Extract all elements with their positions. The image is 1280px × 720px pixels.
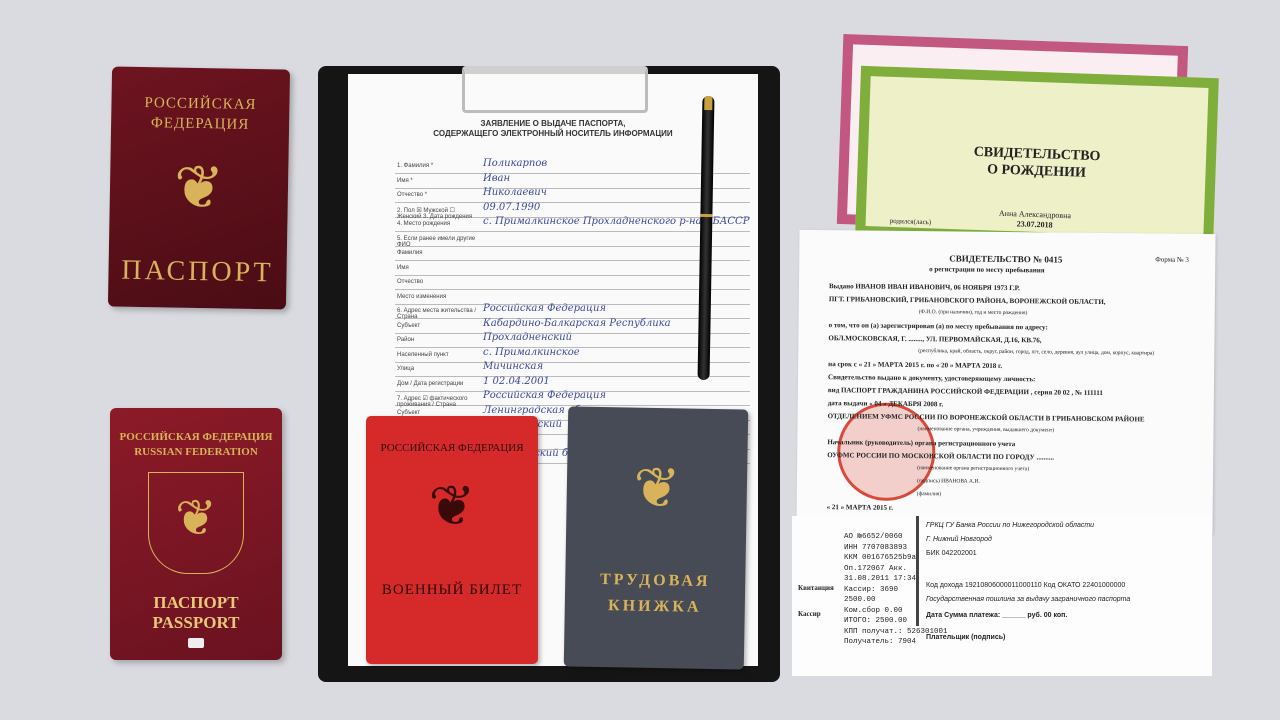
passport-country: РОССИЙСКАЯ ФЕДЕРАЦИЯ bbox=[111, 92, 290, 135]
form-row: Населенный пунктс. Прималкинское bbox=[395, 349, 750, 363]
bank-line: ГРКЦ ГУ Банка России по Нижегородской об… bbox=[926, 522, 1094, 529]
employment-record-book: ❦ ТРУДОВАЯ КНИЖКА bbox=[564, 406, 749, 669]
coat-of-arms-icon: ❦ bbox=[633, 458, 681, 519]
form-field-label: Место изменения bbox=[397, 294, 477, 300]
form-field-label: Отчество * bbox=[397, 192, 477, 198]
passport-title: ПАСПОРТ bbox=[108, 254, 287, 289]
passport-country: РОССИЙСКАЯ ФЕДЕРАЦИЯ RUSSIAN FEDERATION bbox=[110, 430, 282, 460]
reg-subtitle: о регистрации по месту пребывания bbox=[929, 265, 1044, 274]
check-line: ИТОГО: 2500.00 bbox=[844, 616, 948, 627]
reg-line: (Ф.И.О. (при наличии), год и место рожде… bbox=[919, 309, 1028, 316]
foreign-passport: РОССИЙСКАЯ ФЕДЕРАЦИЯ RUSSIAN FEDERATION … bbox=[110, 408, 282, 660]
form-row: 4. Место рожденияс. Прималкинское Прохла… bbox=[395, 218, 750, 232]
form-field-label: Фамилия bbox=[397, 250, 477, 256]
bank-line: Государственная пошлина за выдачу загран… bbox=[926, 596, 1130, 603]
form-field-value: Поликарпов bbox=[483, 158, 547, 169]
form-field-value: Прохладненский bbox=[483, 332, 572, 343]
check-line: Ком.сбор 0.00 bbox=[844, 606, 948, 617]
reg-line: вид ПАСПОРТ ГРАЖДАНИНА РОССИЙСКОЙ ФЕДЕРА… bbox=[828, 386, 1103, 397]
form-field-value: 1 02.04.2001 bbox=[483, 376, 550, 387]
reg-line: о том, что он (а) зарегистрирован (а) по… bbox=[829, 321, 1048, 331]
form-row: Имя bbox=[395, 262, 750, 276]
military-id-title: ВОЕННЫЙ БИЛЕТ bbox=[366, 582, 538, 599]
title-ru: ПАСПОРТ bbox=[110, 593, 282, 613]
title-en: PASSPORT bbox=[110, 613, 282, 633]
reg-line: (подпись) ИВАНОВА А.И. bbox=[917, 478, 980, 485]
military-id: РОССИЙСКАЯ ФЕДЕРАЦИЯ ❦ ВОЕННЫЙ БИЛЕТ bbox=[366, 416, 538, 664]
reg-line: ПГТ. ГРИБАНОВСКИЙ, ГРИБАНОВСКОГО РАЙОНА,… bbox=[829, 295, 1106, 306]
form-field-value: Кабардино-Балкарская Республика bbox=[483, 318, 671, 329]
reg-line: Выдано ИВАНОВ ИВАН ИВАНОВИЧ, 06 НОЯБРЯ 1… bbox=[829, 282, 1020, 292]
form-row: 1. Фамилия *Поликарпов bbox=[395, 160, 750, 174]
reg-line: (наименование органа регистрационного уч… bbox=[917, 465, 1029, 472]
title-line2: КНИЖКА bbox=[565, 592, 745, 621]
form-field-value: Мичинская bbox=[483, 361, 543, 372]
reg-line: дата выдачи « 04 » ДЕКАБРЯ 2008 г. bbox=[828, 399, 944, 408]
coat-of-arms-icon: ❦ bbox=[175, 488, 217, 548]
check-line: 31.08.2011 17:34 bbox=[844, 574, 948, 585]
check-line: ИНН 7707083893 bbox=[844, 543, 948, 554]
form-field-label: 4. Место рождения bbox=[397, 221, 477, 227]
birth-certificate: СВИДЕТЕЛЬСТВО О РОЖДЕНИИ Анна Александро… bbox=[855, 66, 1219, 248]
reg-line: (республика, край, область, округ, район… bbox=[918, 348, 1154, 356]
form-row: 5. Если ранее имели другие ФИО bbox=[395, 233, 750, 247]
bank-line: Код дохода 19210806000011000110 Код ОКАТ… bbox=[926, 582, 1125, 589]
check-line: ККМ 001676525b9a bbox=[844, 553, 948, 564]
receipt-label: Квитанция bbox=[798, 584, 834, 592]
country-ru: РОССИЙСКАЯ ФЕДЕРАЦИЯ bbox=[110, 430, 282, 445]
form-field-label: Субъект bbox=[397, 323, 477, 329]
clipboard-clamp bbox=[462, 66, 648, 113]
form-field-label: Имя bbox=[397, 265, 477, 271]
check-line: 2500.00 bbox=[844, 595, 948, 606]
reg-line: ОБЛ.МОСКОВСКАЯ, Г. ........, УЛ. ПЕРВОМА… bbox=[828, 334, 1041, 344]
form-field-label: Отчество bbox=[397, 279, 477, 285]
form-row: Отчество bbox=[395, 276, 750, 290]
passport-title: ПАСПОРТ PASSPORT bbox=[110, 593, 282, 633]
form-field-value: Российская Федерация bbox=[483, 390, 606, 401]
reg-form-number: Форма № 3 bbox=[1155, 256, 1189, 264]
check-line: Получатель: 7904 bbox=[844, 637, 948, 648]
check-line: Кассир: 3690 bbox=[844, 585, 948, 596]
internal-passport: РОССИЙСКАЯ ФЕДЕРАЦИЯ ❦ ПАСПОРТ bbox=[108, 66, 290, 309]
form-field-label: 1. Фамилия * bbox=[397, 163, 477, 169]
form-field-label: Дом / Дата регистрации bbox=[397, 381, 477, 387]
form-field-value: Николаевич bbox=[483, 187, 547, 198]
form-field-value: с. Прималкинское bbox=[483, 347, 580, 358]
title-line1: ТРУДОВАЯ bbox=[565, 566, 745, 595]
form-title-line1: ЗАЯВЛЕНИЕ О ВЫДАЧЕ ПАСПОРТА, bbox=[348, 119, 758, 129]
reg-line: (фамилия) bbox=[917, 491, 941, 497]
form-field-value: Российская Федерация bbox=[483, 303, 606, 314]
reg-line: « 21 » МАРТА 2015 г. bbox=[827, 503, 893, 512]
form-field-label: Субъект bbox=[397, 410, 477, 416]
form-row: Отчество *Николаевич bbox=[395, 189, 750, 203]
form-field-label: 6. Адрес места жительства / Страна bbox=[397, 308, 477, 320]
form-field-label: Имя * bbox=[397, 178, 477, 184]
form-field-value: Иван bbox=[483, 173, 510, 184]
coat-of-arms-icon: ❦ bbox=[173, 158, 224, 219]
form-field-label: 5. Если ранее имели другие ФИО bbox=[397, 236, 477, 248]
biometric-chip-icon bbox=[188, 638, 204, 648]
form-field-label: Район bbox=[397, 337, 477, 343]
birth-certificate-title: СВИДЕТЕЛЬСТВО О РОЖДЕНИИ bbox=[867, 140, 1206, 186]
reg-line: (наименование органа, учреждения, выдавш… bbox=[917, 426, 1054, 433]
coat-of-arms-icon: ❦ bbox=[429, 476, 476, 536]
reg-title: СВИДЕТЕЛЬСТВО № 0415 bbox=[949, 253, 1062, 264]
check-line: КПП получат.: 526301001 bbox=[844, 627, 948, 638]
payment-receipt: ГРКЦ ГУ Банка России по Нижегородской об… bbox=[792, 516, 1212, 676]
form-row: СубъектКабардино-Балкарская Республика bbox=[395, 320, 750, 334]
form-row: Имя *Иван bbox=[395, 175, 750, 189]
form-field-value: 09.07.1990 bbox=[483, 202, 540, 213]
form-title-line2: СОДЕРЖАЩЕГО ЭЛЕКТРОННЫЙ НОСИТЕЛЬ ИНФОРМА… bbox=[348, 129, 758, 139]
country-en: RUSSIAN FEDERATION bbox=[110, 445, 282, 460]
cash-register-print: АО №6652/0060ИНН 7707083893ККМ 001676525… bbox=[844, 532, 948, 648]
form-title: ЗАЯВЛЕНИЕ О ВЫДАЧЕ ПАСПОРТА, СОДЕРЖАЩЕГО… bbox=[348, 119, 758, 139]
form-row: Фамилия bbox=[395, 247, 750, 261]
employment-record-title: ТРУДОВАЯ КНИЖКА bbox=[565, 566, 746, 621]
form-field-label: Населенный пункт bbox=[397, 352, 477, 358]
military-id-country: РОССИЙСКАЯ ФЕДЕРАЦИЯ bbox=[366, 442, 538, 454]
reg-line: Свидетельство выдано к документу, удосто… bbox=[828, 373, 1035, 383]
reg-line: на срок с « 21 » МАРТА 2015 г. по « 20 »… bbox=[828, 360, 1002, 370]
cashier-label: Кассир bbox=[798, 610, 821, 618]
pen-ring bbox=[700, 214, 712, 217]
check-line: АО №6652/0060 bbox=[844, 532, 948, 543]
form-field-label: Улица bbox=[397, 366, 477, 372]
pen-clip bbox=[704, 96, 712, 110]
check-line: Оп.172067 Акк. bbox=[844, 564, 948, 575]
registration-certificate: СВИДЕТЕЛЬСТВО № 0415 о регистрации по ме… bbox=[796, 230, 1215, 534]
